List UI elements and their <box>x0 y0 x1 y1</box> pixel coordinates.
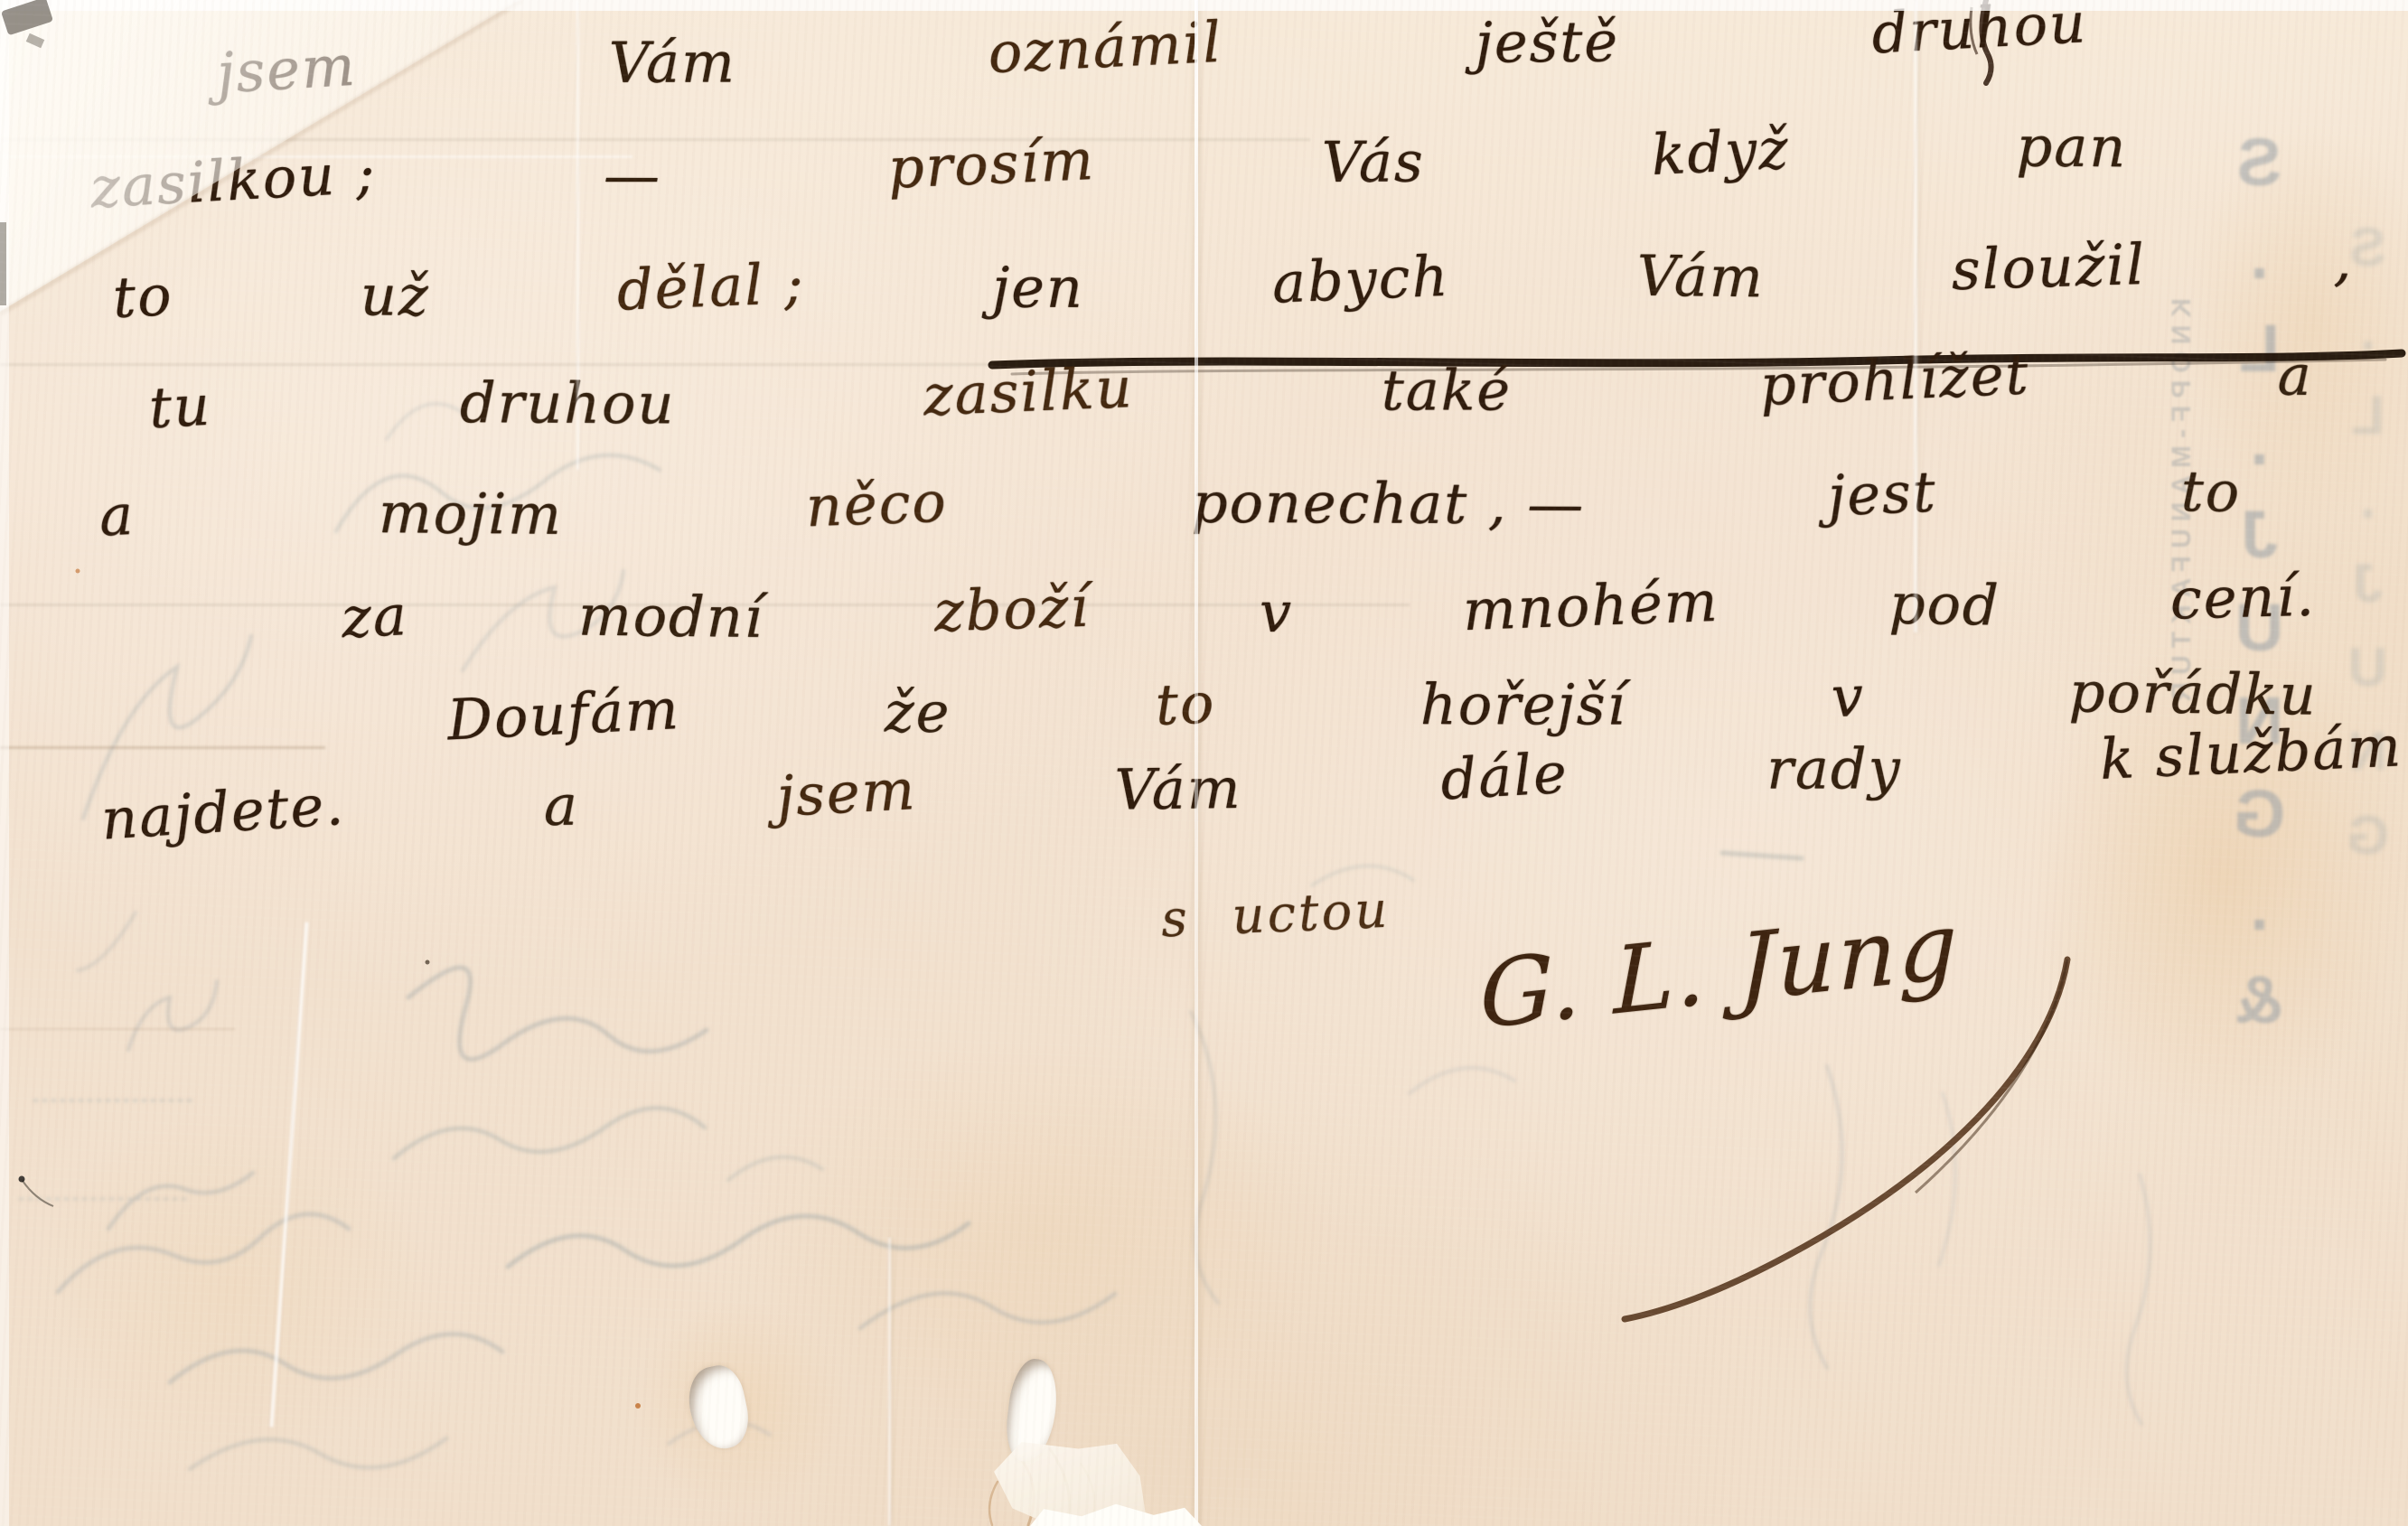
word: hořejší <box>1420 677 1627 733</box>
word: pod <box>1888 576 2000 633</box>
word: k službám <box>2099 718 2403 788</box>
word: dělal ; <box>616 256 806 319</box>
word: to <box>2180 463 2241 520</box>
word: druhou <box>459 375 675 432</box>
word: zasilku <box>922 360 1134 424</box>
crease <box>0 1028 235 1030</box>
word: , <box>2333 232 2354 288</box>
word: Doufám <box>446 681 681 749</box>
letter-line-6: za modní zboží v mnohém pod cení. <box>342 572 2316 645</box>
word: sloužil <box>1951 237 2147 298</box>
word: prohlížet <box>1758 346 2030 414</box>
crease <box>269 922 308 1428</box>
word: a <box>2277 347 2313 403</box>
word: a <box>98 487 136 545</box>
punch-hole-left <box>682 1362 754 1455</box>
edge-nick <box>0 222 6 305</box>
letter-line-3: to už dělal ; jen abych Vám sloužil , <box>113 238 2355 325</box>
word: také <box>1382 362 1512 418</box>
word: prosím <box>886 132 1096 197</box>
word: za <box>341 587 409 646</box>
crease <box>0 746 325 749</box>
word: něco <box>805 474 949 536</box>
word: Vám <box>609 34 736 90</box>
word: abych <box>1271 248 1451 312</box>
word: v <box>1260 585 1293 641</box>
letter-line-8: najdete. a jsem Vám dále rady k službám <box>100 724 2403 844</box>
crease <box>1914 0 1917 632</box>
scan-edge-top <box>0 0 2408 11</box>
word: zboží <box>933 579 1091 641</box>
word: dále <box>1439 745 1569 809</box>
word: rady <box>1766 741 1901 797</box>
word: Vám <box>1115 761 1243 819</box>
word: a <box>543 778 578 834</box>
age-stain <box>36 1111 425 1464</box>
word: cení. <box>2169 568 2316 628</box>
letter-line-4: tu druhou zasilku také prohlížet a <box>149 345 2314 435</box>
word: to <box>112 267 174 326</box>
letter-line-2: zasilkou ; — prosím Vás když pan <box>89 117 2128 211</box>
signature: G. L. Jung <box>1480 900 1959 1043</box>
word: tu <box>147 378 212 436</box>
word: že <box>885 684 951 741</box>
word: jest <box>1827 463 1938 524</box>
letter-line-5: a mojim něco ponechat , — jest to <box>99 462 2242 544</box>
word: — <box>604 147 661 203</box>
word: Vám <box>1636 248 1765 306</box>
word: v <box>1830 669 1866 726</box>
letter-line-7: Doufám že to hořejší v pořádku <box>447 662 2319 744</box>
crease <box>888 1238 891 1526</box>
word: ponechat , — <box>1191 475 1585 533</box>
word: ještě <box>1475 14 1619 70</box>
word: najdete. <box>99 777 346 848</box>
vertical-fold-crease <box>1195 0 1198 1526</box>
word: už <box>361 267 430 324</box>
word: pořádku <box>2069 664 2319 723</box>
word: mojim <box>378 485 563 543</box>
word: pan <box>2017 118 2128 175</box>
letter-scan-sheet: S.L.JUNG.& S.L.JUNG KNOPF-MANUFAKTUR <box>0 0 2408 1526</box>
word: to <box>1155 675 1217 733</box>
crease <box>576 0 579 470</box>
word: mnohém <box>1462 574 1720 639</box>
word: oznámil <box>987 14 1223 82</box>
word: Vás <box>1322 135 1425 191</box>
word: když <box>1651 121 1792 183</box>
word: jsem <box>775 762 918 825</box>
word: jen <box>992 260 1084 316</box>
word: modní <box>577 588 764 647</box>
